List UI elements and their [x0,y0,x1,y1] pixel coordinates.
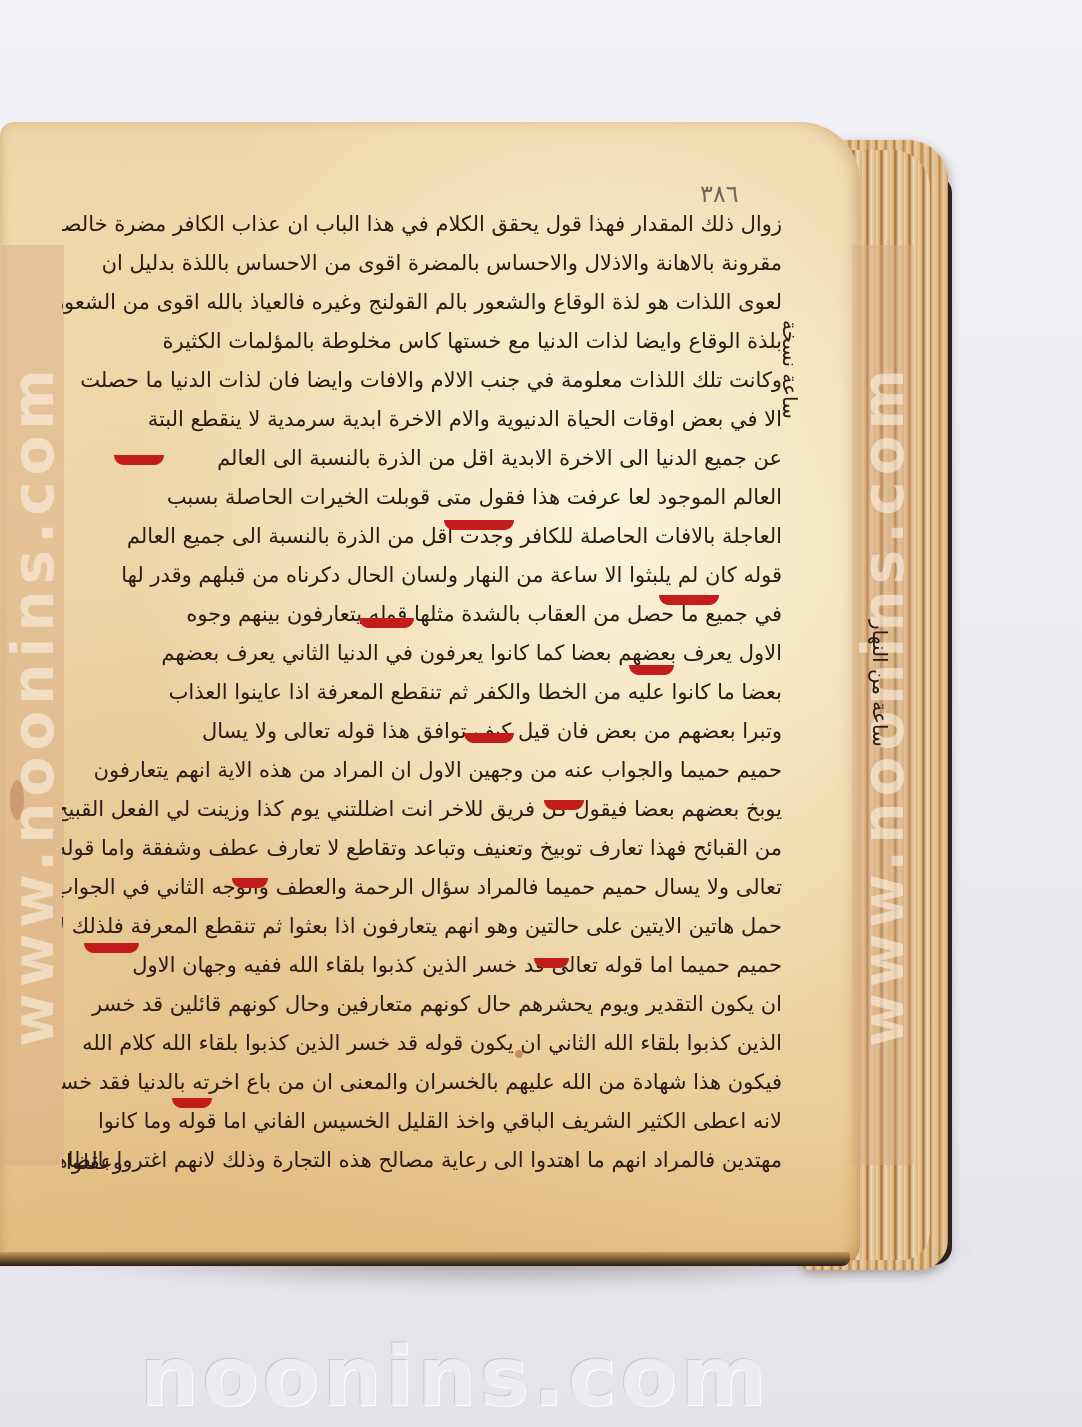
text-line: الاول يعرف بعضهم بعضا كما كانوا يعرفون ف… [62,634,782,673]
text-line: بعضا ما كانوا عليه من الخطا والكفر ثم تن… [62,673,782,712]
text-line: زوال ذلك المقدار فهذا قول يحقق الكلام في… [62,205,782,244]
text-line: حميم حميما اما قوله تعالى قد خسر الذين ك… [62,946,782,985]
text-line: العالم الموجود لعا عرفت هذا فقول متى قوب… [62,478,782,517]
text-line: فيكون هذا شهادة من الله عليهم بالخسران و… [62,1063,782,1102]
rubric-mark [659,595,719,605]
rubric-mark [629,665,674,675]
rubric-mark [544,800,584,810]
text-line: يوبخ بعضهم بعضا فيقول كل فريق للاخر انت … [62,790,782,829]
text-line: حمل هاتين الايتين على حالتين وهو انهم يت… [62,907,782,946]
text-line: من القبائح فهذا تعارف توبيخ وتعنيف وتباع… [62,829,782,868]
margin-note-edge: ساعة من النهار [862,620,892,747]
text-line: قوله كان لم يلبثوا الا ساعة من النهار ول… [62,556,782,595]
side-watermark-left: www.noonins.com [2,245,64,1165]
text-line: العاجلة بالافات الحاصلة للكافر وجدت اقل … [62,517,782,556]
text-line: الذين كذبوا بلقاء الله الثاني ان يكون قو… [62,1024,782,1063]
rubric-mark [444,520,514,530]
watermark-text: www.noonins.com [0,363,67,1047]
text-line: مقرونة بالاهانة والاذلال والاحساس بالمضر… [62,244,782,283]
text-line: مهتدين فالمراد انهم ما اهتدوا الى رعاية … [62,1141,782,1180]
rubric-mark [232,878,268,888]
text-line: لانه اعطى الكثير الشريف الباقي واخذ القل… [62,1102,782,1141]
text-line: حميم حميما والجواب عنه من وجهين الاول ان… [62,751,782,790]
text-line: بلذة الوقاع وايضا لذات الدنيا مع خستها ك… [62,322,782,361]
footer-watermark: noonins.com [140,1330,770,1425]
rubric-mark [114,455,164,465]
rubric-mark [464,733,514,743]
page-bottom-edge [0,1252,850,1266]
text-line: وكانت تلك اللذات معلومة في جنب الالام وا… [62,361,782,400]
catchword: وعقلوا [66,1150,123,1174]
text-line: عن جميع الدنيا الى الاخرة الابدية اقل من… [62,439,782,478]
rubric-mark [84,943,139,953]
rubric-mark [172,1098,212,1108]
text-line: تعالى ولا يسال حميم حميما فالمراد سؤال ا… [62,868,782,907]
folio-number: ٣٨٦ [700,180,739,208]
manuscript-text-block: زوال ذلك المقدار فهذا قول يحقق الكلام في… [62,205,782,1180]
text-line: لعوى اللذات هو لذة الوقاع والشعور بالم ا… [62,283,782,322]
rubric-mark [534,958,569,968]
text-line: الا في بعض اوقات الحياة الدنيوية والام ا… [62,400,782,439]
rubric-mark [359,618,414,628]
text-line: ان يكون التقدير ويوم يحشرهم حال كونهم مت… [62,985,782,1024]
text-line: وتبرا بعضهم من بعض فان قيل كيف توافق هذا… [62,712,782,751]
